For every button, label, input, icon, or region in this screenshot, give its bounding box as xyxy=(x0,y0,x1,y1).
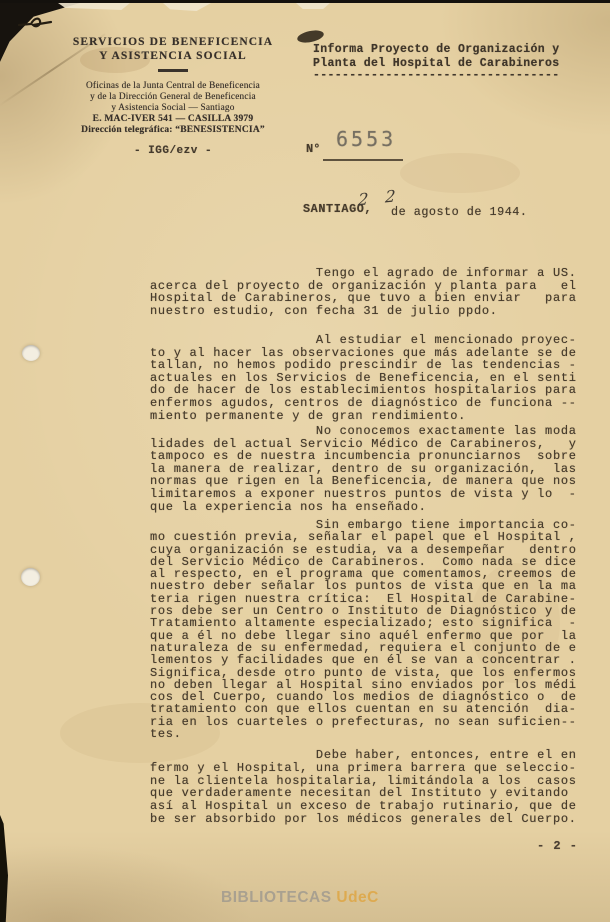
body-paragraph-1: Tengo el agrado de informar a US. acerca… xyxy=(150,267,582,317)
library-watermark: BIBLIOTECAS UdeC xyxy=(221,889,379,907)
subject-line1: Informa Proyecto de Organización y xyxy=(313,43,560,56)
scan-edge-shadow xyxy=(0,815,8,922)
paper-sheet: SERVICIOS DE BENEFICENCIA Y ASISTENCIA S… xyxy=(0,3,610,922)
scanned-document-page: { "colors": { "paper": "#e5d0a2", "ink":… xyxy=(0,0,610,922)
body-paragraph-4: Sin embargo tiene importancia co- mo cue… xyxy=(150,519,582,740)
watermark-udec: UdeC xyxy=(336,889,378,906)
letterhead-divider xyxy=(158,69,188,72)
ink-scribble-icon xyxy=(17,14,53,32)
subject-lines: Informa Proyecto de Organización yPlanta… xyxy=(313,43,560,70)
body-paragraph-5: Debe haber, entonces, entre el en fermo … xyxy=(150,749,582,826)
document-number-label: N° xyxy=(306,142,320,156)
letterhead-office-line1: Oficinas de la Junta Central de Benefice… xyxy=(62,81,284,92)
letterhead: SERVICIOS DE BENEFICENCIA Y ASISTENCIA S… xyxy=(62,36,284,157)
body-paragraph-2: Al estudiar el mencionado proyec- to y a… xyxy=(150,334,582,422)
document-number-rule xyxy=(323,159,403,161)
org-name-line1: SERVICIOS DE BENEFICENCIA xyxy=(62,36,284,50)
watermark-bibliotecas: BIBLIOTECAS xyxy=(221,889,332,906)
torn-paper-bit xyxy=(296,3,330,9)
reference-code: - IGG/ezv - xyxy=(62,145,284,157)
punch-hole-bottom xyxy=(21,568,40,586)
letterhead-office-line3: y Asistencia Social — Santiago xyxy=(62,103,284,114)
letterhead-office-line2: y de la Dirección General de Beneficenci… xyxy=(62,92,284,103)
torn-paper-bit xyxy=(58,3,130,10)
subject-underline: ---------------------------------- xyxy=(313,69,560,82)
punch-hole-top xyxy=(22,345,40,361)
paper-stain xyxy=(400,153,520,193)
subject-line2: Planta del Hospital de Carabineros xyxy=(313,57,560,70)
dateline-rest: de agosto de 1944. xyxy=(391,205,527,219)
document-number-stamp: 6553 xyxy=(336,127,396,151)
page-number: - 2 - xyxy=(537,839,578,853)
letterhead-address: E. MAC-IVER 541 — CASILLA 3979 xyxy=(62,114,284,125)
org-name-line2: Y ASISTENCIA SOCIAL xyxy=(62,50,284,64)
letterhead-telegraph: Dirección telegráfica: “BENESISTENCIA” xyxy=(62,125,284,136)
torn-paper-bit xyxy=(163,3,211,11)
body-paragraph-3: No conocemos exactamente las moda lidade… xyxy=(150,425,582,513)
